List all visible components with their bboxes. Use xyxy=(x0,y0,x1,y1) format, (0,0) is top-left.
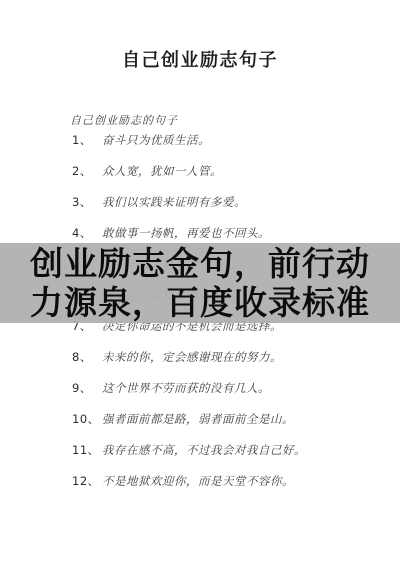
list-item: 9、 这个世界不劳而获的没有几人。 xyxy=(72,380,380,411)
list-item: 10、 强者面前都是路，弱者面前全是山。 xyxy=(72,411,380,442)
list-item-number: 10、 xyxy=(72,411,102,427)
watermark-overlay: 创业励志金句，前行动 力源泉，百度收录标准 xyxy=(0,243,400,323)
watermark-text-line-1: 创业励志金句，前行动 xyxy=(30,244,370,283)
list-item-text: 强者面前都是路，弱者面前全是山。 xyxy=(102,411,294,427)
list-item: 8、 未来的你，定会感谢现在的努力。 xyxy=(72,349,380,380)
list-item-text: 敢做事一扬帆，再爱也不回头。 xyxy=(102,225,270,241)
list-item-text: 众人宽，犹如一人管。 xyxy=(102,163,222,179)
list-item-number: 1、 xyxy=(72,132,102,148)
list-item-text: 我们以实践来证明有多爱。 xyxy=(102,194,246,210)
list-item: 12、 不是地狱欢迎你，而是天堂不容你。 xyxy=(72,473,380,504)
list-item-number: 9、 xyxy=(72,380,102,396)
list-item-number: 2、 xyxy=(72,163,102,179)
list-item-text: 不是地狱欢迎你，而是天堂不容你。 xyxy=(102,473,294,489)
list-item: 1、 奋斗只为优质生活。 xyxy=(72,132,380,163)
list-item-text: 未来的你，定会感谢现在的努力。 xyxy=(102,349,282,365)
list-item-number: 8、 xyxy=(72,349,102,365)
list-item-text: 奋斗只为优质生活。 xyxy=(102,132,210,148)
section-heading: 自己创业励志的句子 xyxy=(70,112,178,128)
list-item-number: 4、 xyxy=(72,225,102,241)
list-item-number: 12、 xyxy=(72,473,102,489)
list-item: 3、 我们以实践来证明有多爱。 xyxy=(72,194,380,225)
list-item-number: 3、 xyxy=(72,194,102,210)
document-title: 自己创业励志句子 xyxy=(0,46,400,72)
list-item: 11、 我存在感不高，不过我会对我自己好。 xyxy=(72,442,380,473)
list-item-number: 11、 xyxy=(72,442,102,458)
list-item-text: 这个世界不劳而获的没有几人。 xyxy=(102,380,270,396)
document-page: 自己创业励志句子 自己创业励志的句子 1、 奋斗只为优质生活。 2、 众人宽，犹… xyxy=(0,0,400,565)
list-item-text: 我存在感不高，不过我会对我自己好。 xyxy=(102,442,306,458)
list-item: 2、 众人宽，犹如一人管。 xyxy=(72,163,380,194)
watermark-text-line-2: 力源泉，百度收录标准 xyxy=(30,283,370,322)
